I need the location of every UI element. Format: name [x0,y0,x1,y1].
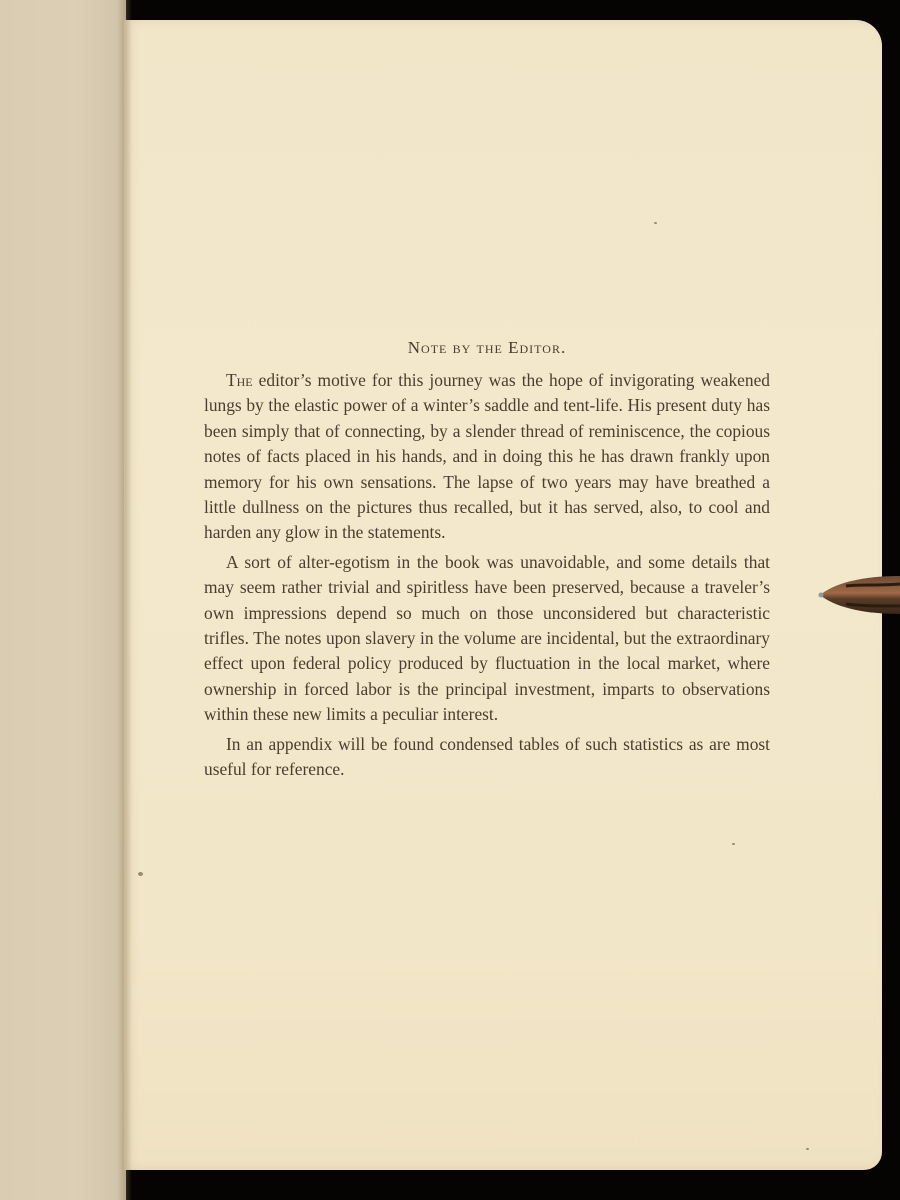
gutter-shadow [118,0,132,1200]
paragraph-text: editor’s motive for this journey was the… [204,370,770,542]
page-text-block: Note by the Editor. The editor’s motive … [204,338,770,787]
paper-speck [654,222,657,224]
paper-speck [806,1148,809,1150]
paragraph-1: The editor’s motive for this journey was… [204,368,770,546]
paragraph-text: In an appendix will be found condensed t… [204,734,770,779]
paper-speck [732,843,735,845]
paper-speck [138,872,143,876]
page-heading: Note by the Editor. [204,338,770,358]
paragraph-3: In an appendix will be found condensed t… [204,732,770,783]
book-page: Note by the Editor. The editor’s motive … [124,20,882,1170]
photo-scene: Note by the Editor. The editor’s motive … [0,0,900,1200]
paragraph-2: A sort of alter-egotism in the book was … [204,550,770,728]
facing-page-left [0,0,126,1200]
paragraph-text: A sort of alter-egotism in the book was … [204,552,770,724]
pencil-tip-icon [816,570,900,620]
paragraph-lead-word: The [226,370,253,390]
